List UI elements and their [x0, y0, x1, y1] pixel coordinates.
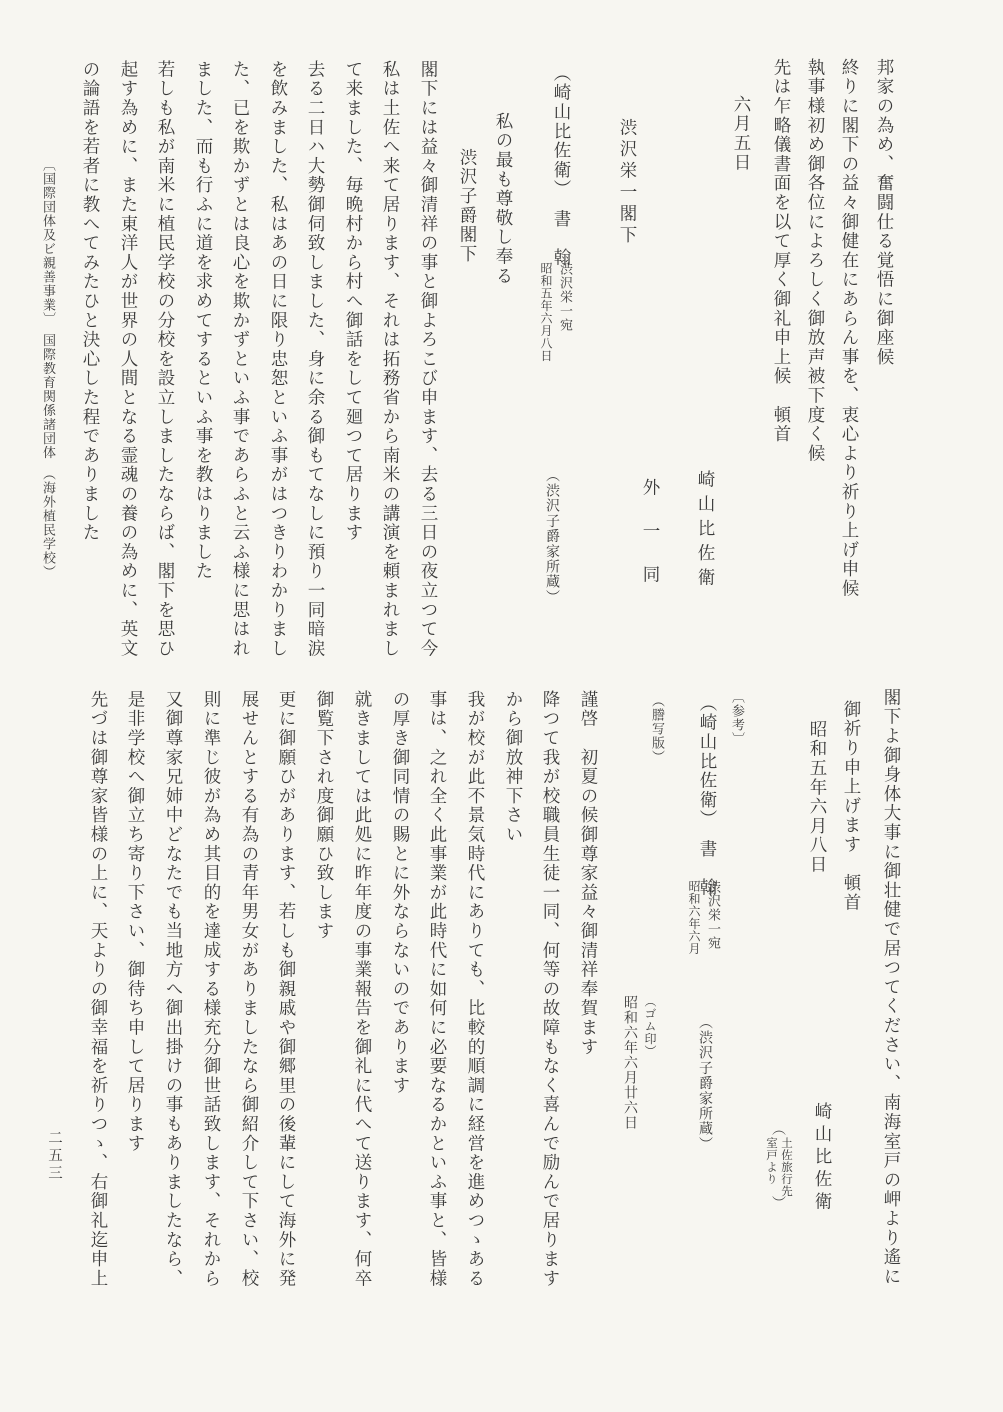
body-line: 是非学校へ御立ち寄り下さい、御待ち申して居ります — [117, 690, 153, 1153]
bracket-open: ︵ — [772, 1125, 786, 1135]
signer-name: 崎山比佐衛 — [804, 1102, 840, 1215]
closing-line: 邦家の為め、奮闘仕る覚悟に御座候 — [866, 58, 902, 367]
reference-label: 〔参考〕 — [727, 690, 745, 746]
body-line: 私は土佐へ来て居ります、それは拓務省から南米の講演を頼まれまし — [372, 60, 408, 658]
salutation: 私の最も尊敬し奉る — [485, 112, 521, 286]
heading-source: （渋沢子爵家所蔵） — [542, 468, 562, 605]
stamp-label: （ゴム印） — [642, 995, 657, 1130]
cosigner: 外一同 — [632, 478, 668, 609]
heading-source: （渋沢子爵家所蔵） — [695, 1015, 715, 1152]
scanned-book-page: 邦家の為め、奮闘仕る覚悟に御座候 終りに閣下の益々御健在にあらん事を、衷心より祈… — [0, 0, 1003, 1412]
closing-line: 御祈り申上げます 頓首 — [833, 700, 869, 912]
margin-section-note: 〔国際団体及ビ親善事業〕 国際教育関係諸団体 （海外植民学校） — [38, 158, 56, 579]
stamp-annotation: （ゴム印） 昭和六年六月廿六日 — [620, 995, 657, 1130]
closing-line: 先は乍略儀書面を以て厚く御礼申上候 頓首 — [763, 58, 799, 444]
body-line: 若しも私が南米に植民学校の分校を設立しましたならば、閣下を思ひ — [147, 60, 183, 658]
body-line: 謹啓 初夏の候御尊家益々御清祥奉賀ます — [570, 690, 606, 1057]
date-line: 六月五日 — [723, 95, 759, 172]
letter-heading-annotation: 渋沢栄一宛 昭和六年六月 — [686, 880, 721, 955]
body-line: 閣下には益々御清祥の事と御よろこび申ます、去る三日の夜立つて今 — [410, 60, 446, 658]
body-line: を飲みました、私はあの日に限り忠恕といふ事がはつきりわかりまし — [260, 60, 296, 658]
stamp-date: 昭和六年六月廿六日 — [620, 995, 639, 1130]
addressee-name: 渋沢栄一閣下 — [609, 118, 645, 247]
body-line: 起す為めに、また東洋人が世界の人間となる霊魂の養の為めに、英文 — [110, 60, 146, 658]
body-line: 御覧下され度御願ひ致します — [306, 690, 342, 941]
body-line: 降つて我が校職員生徒一同、何等の故障もなく喜んで励んで居ります — [532, 690, 568, 1288]
date-line: 昭和五年六月八日 — [799, 720, 835, 874]
heading-recipient: 渋沢栄一宛 — [556, 262, 573, 362]
salutation-addressee: 渋沢子爵閣下 — [449, 148, 485, 264]
signer-travel-note: ︵ 土佐旅行先 室戸より ︶ — [764, 1125, 794, 1209]
letter-heading-title: （崎山比佐衛） 書 翰 — [689, 694, 725, 898]
body-line: の論語を若者に教へてみたひと決心した程でありました — [72, 60, 108, 543]
closing-line: 閣下よ御身体大事に御壮健で居つてください、南海室戸の岬より遙に — [873, 688, 909, 1286]
signer-name: 崎山比佐衛 — [687, 470, 723, 593]
body-line: 我が校が此不景気時代にありても、比較的順調に経営を進めつゝある — [457, 690, 493, 1288]
body-line: 就きましては此処に昨年度の事業報告を御礼に代へて送ります、何卒 — [344, 690, 380, 1288]
bracket-close: ︶ — [772, 1199, 786, 1209]
body-line: 展せんとする有為の青年男女がありましたなら御紹介して下さい、校 — [231, 690, 267, 1288]
medium-note: （謄写版） — [647, 694, 665, 764]
travel-note-line: 室戸より — [764, 1137, 779, 1197]
body-line: た、已を欺かずとは良心を欺かずといふ事であらふと云ふ様に思はれ — [222, 60, 258, 658]
body-line: 事は、之れ全く此事業が此時代に如何に必要なるかといふ事と、皆様 — [419, 690, 455, 1288]
heading-date: 昭和六年六月 — [686, 880, 701, 955]
body-line: 又御尊家兄姉中どなたでも当地方へ御出掛けの事もありましたなら、 — [155, 690, 191, 1288]
page-number: 二五三 — [44, 1130, 64, 1183]
body-line: ました、而も行ふに道を求めてするといふ事を教はりました — [185, 60, 221, 581]
heading-recipient: 渋沢栄一宛 — [704, 880, 721, 955]
heading-date: 昭和五年六月八日 — [538, 262, 553, 362]
body-line: 去る二日ハ大勢御伺致しました、身に余る御もてなしに預り一同暗涙 — [297, 60, 333, 658]
body-line: て来ました、毎晩村から村へ御話をして廻つて居ります — [335, 60, 371, 543]
closing-line: 終りに閣下の益々御健在にあらん事を、衷心より祈り上げ申候 — [831, 58, 867, 598]
body-line: の厚き御同情の賜とに外ならないのであります — [382, 690, 418, 1095]
travel-note-line: 土佐旅行先 — [779, 1137, 794, 1197]
body-line: から御放神下さい — [495, 690, 531, 844]
letter-heading-title: （崎山比佐衛） 書 翰 — [543, 64, 579, 268]
body-line: 更に御願ひがあります、若しも御親戚や御郷里の後輩にして海外に発 — [268, 690, 304, 1288]
body-line: 則に準じ彼が為め其目的を達成する様充分御世話致します、それから — [193, 690, 229, 1288]
letter-heading-annotation: 渋沢栄一宛 昭和五年六月八日 — [538, 262, 573, 362]
body-line: 先づは御尊家皆様の上に、天よりの御幸福を祈りつゝ、右御礼迄申上 — [80, 690, 116, 1288]
closing-line: 執事様初め御各位によろしく御放声被下度く候 — [797, 58, 833, 463]
